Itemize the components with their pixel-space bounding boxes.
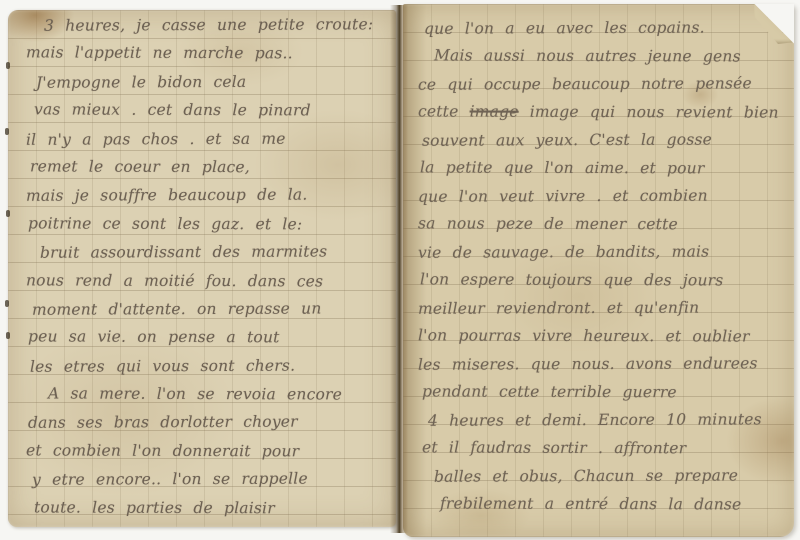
binding-nick — [6, 332, 10, 339]
handwriting-line: J'empogne le bidon cela — [26, 67, 388, 97]
handwriting-line: 3 heures, je casse une petite croute: — [26, 10, 388, 40]
handwriting-line: sa nous peze de mener cette — [418, 209, 786, 238]
handwriting-line: les etres qui vous sont chers. — [26, 351, 388, 381]
handwriting-line: que l'on a eu avec les copains. — [418, 13, 786, 43]
handwriting-line: souvent aux yeux. C'est la gosse — [418, 125, 786, 155]
handwriting-line: remet le coeur en place, — [26, 152, 388, 182]
handwriting-line: l'on pourras vivre heureux. et oublier — [418, 321, 786, 350]
handwriting-line: Mais aussi nous autres jeune gens — [418, 41, 786, 70]
binding-nick — [5, 300, 9, 307]
handwriting-line: que l'on veut vivre . et combien — [418, 181, 786, 211]
handwriting-line: il n'y a pas chos . et sa me — [26, 124, 388, 154]
handwriting-line: mais l'appetit ne marche pas.. — [26, 39, 388, 69]
handwriting-line: toute. les parties de plaisir — [26, 493, 388, 523]
struck-word: image — [470, 103, 519, 121]
center-fold — [390, 5, 408, 533]
handwriting-line: cette image image qui nous revient bien — [418, 97, 786, 126]
binding-nick — [6, 62, 10, 69]
binding-nick — [6, 210, 10, 217]
handwriting-line: poitrine ce sont les gaz. et le: — [26, 209, 388, 239]
handwriting-line: balles et obus, Chacun se prepare — [418, 461, 786, 491]
handwriting-line: l'on espere toujours que des jours — [418, 265, 786, 294]
handwriting-line: ce qui occupe beaucoup notre pensée — [418, 69, 786, 99]
handwriting-line: la petite que l'on aime. et pour — [418, 153, 786, 182]
handwriting-line: dans ses bras dorlotter choyer — [26, 408, 388, 438]
handwriting-line: mais je souffre beaucoup de la. — [26, 181, 388, 211]
handwriting-line: les miseres. que nous. avons endurees — [418, 349, 786, 379]
handwriting-left: 3 heures, je casse une petite croute:mai… — [26, 11, 388, 522]
handwriting-line: et il faudras sortir . affronter — [418, 433, 786, 462]
handwriting-line: vie de sauvage. de bandits, mais — [418, 237, 786, 267]
handwriting-line: nous rend a moitié fou. dans ces — [26, 266, 388, 296]
letter-page-right: que l'on a eu avec les copains.Mais auss… — [403, 4, 794, 537]
binding-nick — [5, 128, 9, 135]
handwriting-line: et combien l'on donnerait pour — [26, 436, 388, 466]
handwriting-line: vas mieux . cet dans le pinard — [26, 96, 388, 126]
handwriting-line: 4 heures et demi. Encore 10 minutes — [418, 405, 786, 435]
handwriting-line: moment d'attente. on repasse un — [26, 294, 388, 324]
handwriting-right: que l'on a eu avec les copains.Mais auss… — [418, 14, 786, 518]
handwriting-line: A sa mere. l'on se revoia encore — [26, 379, 388, 409]
handwriting-line: meilleur reviendront. et qu'enfin — [418, 293, 786, 323]
handwriting-line: y etre encore.. l'on se rappelle — [26, 464, 388, 494]
handwriting-line: bruit assourdissant des marmites — [26, 237, 388, 267]
handwriting-line: frebilement a entré dans la danse — [418, 489, 786, 518]
letter-page-left: 3 heures, je casse une petite croute:mai… — [8, 10, 396, 527]
handwriting-line: pendant cette terrible guerre — [418, 377, 786, 406]
handwriting-line: peu sa vie. on pense a tout — [26, 323, 388, 353]
letter-scan: 3 heures, je casse une petite croute:mai… — [0, 0, 800, 540]
